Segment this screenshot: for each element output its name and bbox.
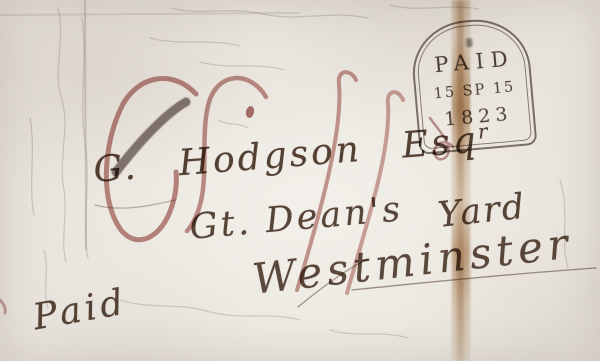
fold-stain-core (457, 0, 464, 361)
address-line-street: Gt. Dean's (188, 189, 405, 248)
manuscript-paid-note: Paid (30, 282, 130, 339)
recipient-title: Esqr (400, 119, 492, 167)
letter-cover-photo: PAID 15 SP 15 1823 G. Hodgson Esqr Gt. D… (0, 0, 600, 361)
fold-stain-band (452, 0, 470, 361)
recipient-surname: Hodgson (177, 129, 363, 184)
recipient-initial: G. (92, 146, 140, 190)
red-edge-mark (0, 300, 5, 313)
signature-flourish (95, 200, 175, 208)
address-line-recipient: G. Hodgson Esqr (92, 119, 493, 191)
red-dot (245, 105, 255, 118)
recipient-title-superscript: r (477, 120, 491, 144)
